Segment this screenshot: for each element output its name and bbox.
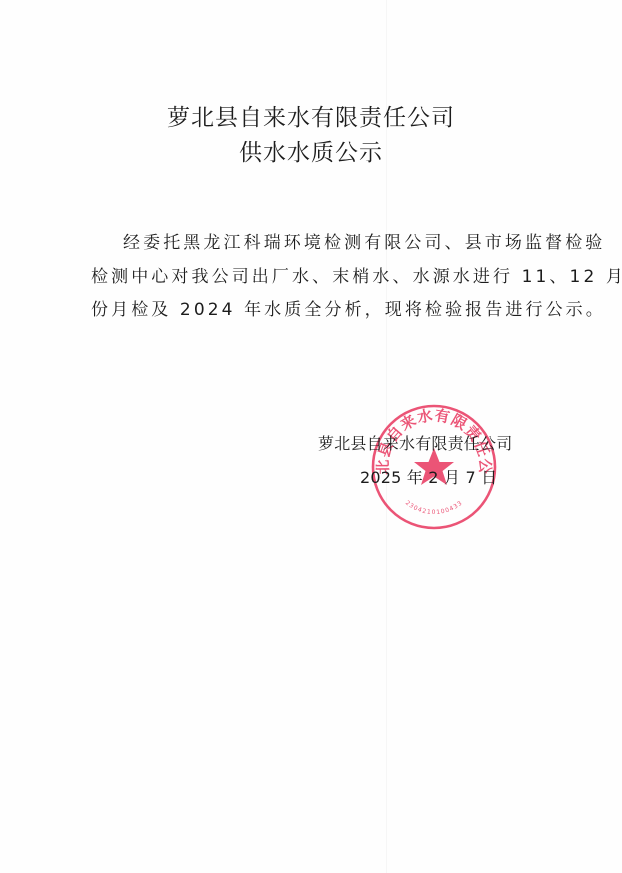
signature-date: 2025 年 2 月 7 日: [360, 468, 497, 488]
body-line-3: 份月检及 2024 年水质全分析，现将检验报告进行公示。: [91, 299, 606, 321]
official-seal-stamp: 萝北县自来水有限责任公司 2304210100433: [370, 402, 498, 532]
body-line-2: 检测中心对我公司出厂水、末梢水、水源水进行 11、12 月: [91, 266, 622, 288]
body-line-1: 经委托黑龙江科瑞环境检测有限公司、县市场监督检验: [123, 232, 605, 254]
stamp-number: 2304210100433: [404, 499, 464, 516]
signature-organization: 萝北县自来水有限责任公司: [318, 434, 512, 454]
document-title: 萝北县自来水有限责任公司: [0, 104, 622, 132]
svg-text:2304210100433: 2304210100433: [404, 499, 464, 516]
document-subtitle: 供水水质公示: [0, 139, 622, 167]
document-page: 萝北县自来水有限责任公司 供水水质公示 经委托黑龙江科瑞环境检测有限公司、县市场…: [0, 0, 622, 873]
